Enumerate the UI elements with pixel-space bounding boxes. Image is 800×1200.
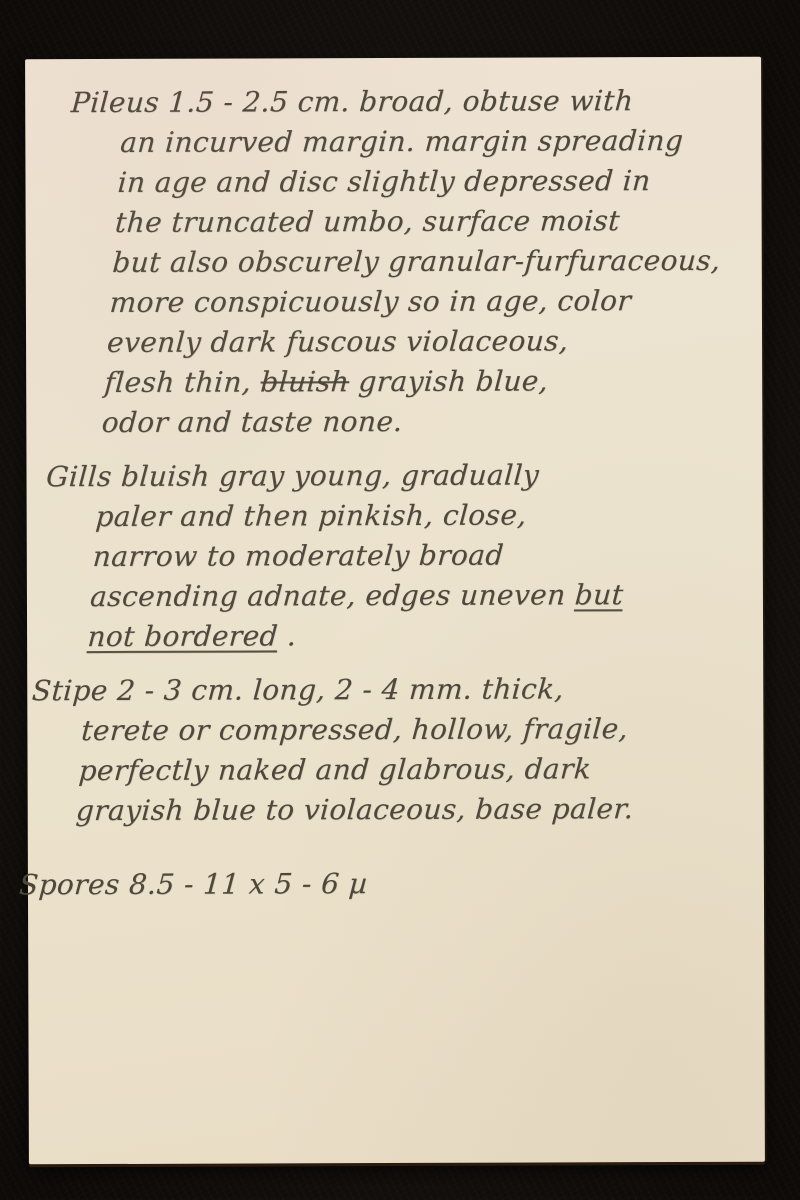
handwritten-text: . <box>277 619 298 652</box>
handwritten-text: an incurved margin. margin spreading <box>119 124 684 159</box>
handwritten-line: terete or compressed, hollow, fragile, <box>28 709 731 751</box>
handwritten-text: perfectly naked and glabrous, dark <box>78 752 593 787</box>
note-card: Pileus 1.5 - 2.5 cm. broad, obtuse witha… <box>25 57 765 1165</box>
handwritten-line: an incurved margin. margin spreading <box>67 121 770 163</box>
handwritten-text: but also obscurely granular-furfuraceous… <box>111 244 721 279</box>
handwritten-line: Gills bluish gray young, gradually <box>45 455 748 497</box>
handwritten-line: Pileus 1.5 - 2.5 cm. broad, obtuse with <box>70 81 773 123</box>
handwritten-text: paler and then pinkish, close, <box>94 499 527 534</box>
handwritten-line: Stipe 2 - 3 cm. long, 2 - 4 mm. thick, <box>31 669 734 711</box>
handwritten-line: grayish blue to violaceous, base paler. <box>23 789 726 831</box>
handwritten-text: Pileus 1.5 - 2.5 cm. broad, obtuse with <box>70 84 634 119</box>
handwritten-text: flesh thin, <box>103 365 261 399</box>
handwritten-line: odor and taste none. <box>48 401 751 443</box>
handwritten-word-underline: but <box>574 578 625 611</box>
handwritten-word-strike: bluish <box>259 365 350 398</box>
handwritten-text: ascending adnate, edges uneven <box>89 578 576 613</box>
handwritten-text: grayish blue to violaceous, base paler. <box>75 792 635 827</box>
handwritten-text: narrow to moderately broad <box>92 539 505 573</box>
handwritten-text: grayish blue, <box>348 364 549 398</box>
handwritten-line: not bordered . <box>34 615 737 657</box>
handwritten-line: flesh thin, bluish grayish blue, <box>51 361 754 403</box>
handwritten-line: in age and disc slightly depressed in <box>64 161 767 203</box>
handwritten-text: more conspicuously so in age, color <box>109 284 633 319</box>
handwritten-text: odor and taste none. <box>101 405 404 439</box>
handwritten-line: narrow to moderately broad <box>40 535 743 577</box>
handwritten-line: ascending adnate, edges uneven but <box>37 575 740 617</box>
handwritten-text: terete or compressed, hollow, fragile, <box>80 712 629 747</box>
handwritten-text: evenly dark fuscous violaceous, <box>106 324 569 359</box>
handwritten-line: Spores 8.5 - 11 x 5 - 6 µ <box>18 863 721 905</box>
handwritten-line: but also obscurely granular-furfuraceous… <box>59 241 762 283</box>
note-section-spores: Spores 8.5 - 11 x 5 - 6 µ <box>18 863 721 905</box>
handwritten-line: perfectly naked and glabrous, dark <box>25 749 728 791</box>
handwritten-line: paler and then pinkish, close, <box>42 495 745 537</box>
note-section-stipe: Stipe 2 - 3 cm. long, 2 - 4 mm. thick,te… <box>23 669 734 831</box>
handwritten-word-underline: not bordered <box>87 619 280 653</box>
note-section-gills: Gills bluish gray young, graduallypaler … <box>34 455 747 657</box>
note-body: Pileus 1.5 - 2.5 cm. broad, obtuse witha… <box>17 81 773 920</box>
photo-background: Pileus 1.5 - 2.5 cm. broad, obtuse witha… <box>0 0 800 1200</box>
handwritten-line: the truncated umbo, surface moist <box>62 201 765 243</box>
handwritten-text: Stipe 2 - 3 cm. long, 2 - 4 mm. thick, <box>31 672 565 707</box>
note-section-pileus: Pileus 1.5 - 2.5 cm. broad, obtuse witha… <box>48 81 772 444</box>
handwritten-line: evenly dark fuscous violaceous, <box>54 321 757 363</box>
handwritten-line: more conspicuously so in age, color <box>56 281 759 323</box>
handwritten-text: the truncated umbo, surface moist <box>114 204 621 239</box>
handwritten-text: Spores 8.5 - 11 x 5 - 6 µ <box>18 867 368 901</box>
handwritten-text: in age and disc slightly depressed in <box>117 164 652 199</box>
handwritten-text: Gills bluish gray young, gradually <box>45 458 540 493</box>
